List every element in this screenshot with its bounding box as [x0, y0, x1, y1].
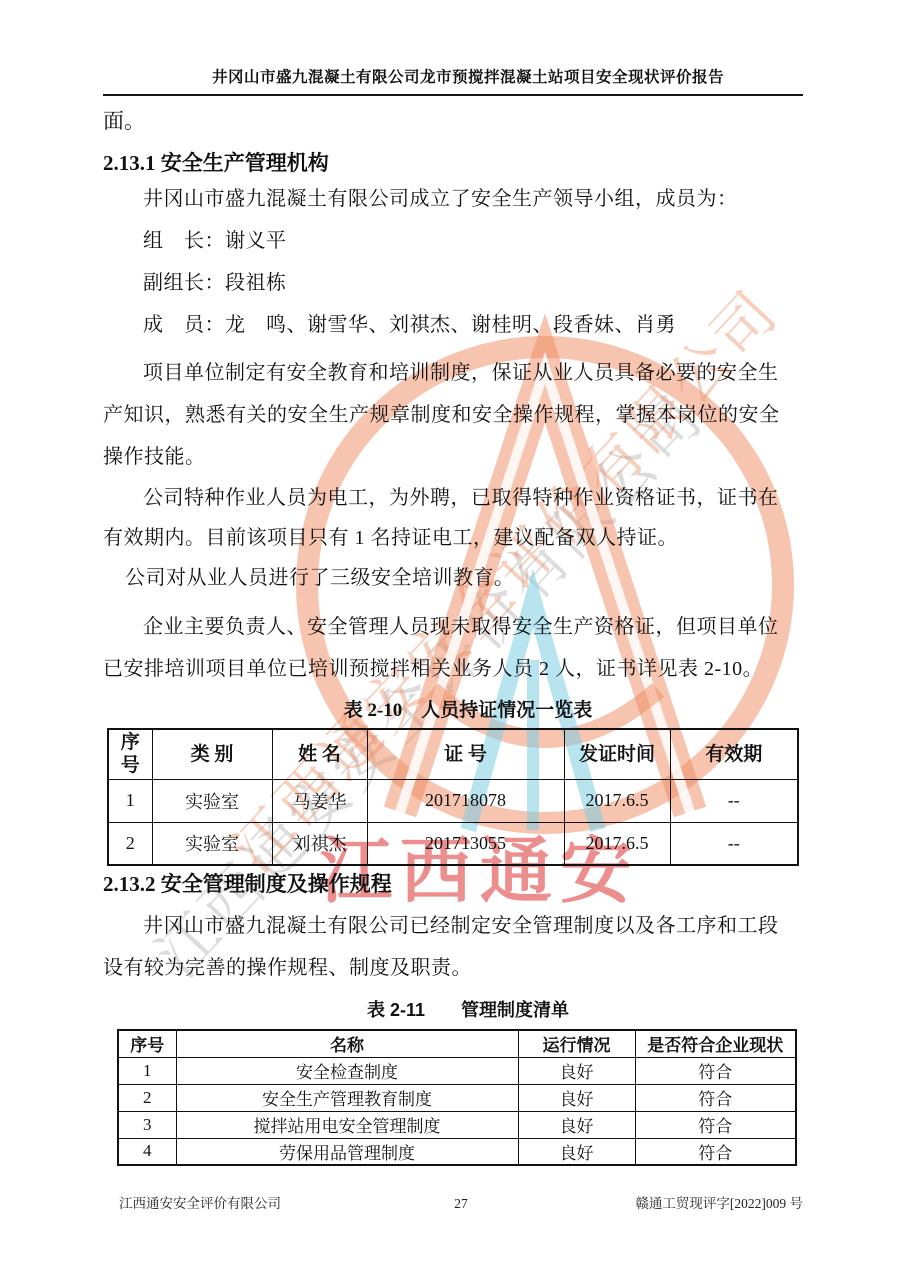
table-cell: 符合	[635, 1138, 796, 1165]
footer-doc-number: 赣通工贸现评字[2022]009 号	[491, 1192, 833, 1212]
table-cell: 安全生产管理教育制度	[176, 1084, 518, 1111]
table-cell: 安全检查制度	[176, 1057, 518, 1084]
table-header-cell: 姓 名	[272, 729, 367, 779]
table-cell: 1	[108, 779, 152, 822]
paragraph-management-systems: 井冈山市盛九混凝土有限公司已经制定安全管理制度以及各工序和工段 设有较为完善的操…	[103, 905, 833, 989]
table-cell: 良好	[518, 1084, 635, 1111]
paragraph-members: 成 员：龙 鸣、谢雪华、刘祺杰、谢桂明、段香妹、肖勇	[103, 304, 833, 346]
table-header-cell: 序号	[118, 1030, 176, 1057]
table-cell: 2017.6.5	[564, 779, 670, 822]
table-row: 1 安全检查制度 良好 符合	[118, 1057, 796, 1084]
paragraph-training-system: 项目单位制定有安全教育和培训制度，保证从业人员具备必要的安全生 产知识，熟悉有关…	[103, 352, 833, 478]
table-row: 2 安全生产管理教育制度 良好 符合	[118, 1084, 796, 1111]
paragraph-certificates: 企业主要负责人、安全管理人员现未取得安全生产资格证，但项目单位 已安排培训项目单…	[103, 606, 833, 690]
paragraph-leading-group: 井冈山市盛九混凝土有限公司成立了安全生产领导小组，成员为：	[103, 178, 833, 220]
table-cell: 实验室	[152, 779, 272, 822]
paragraph-special-operators: 公司特种作业人员为电工，为外聘，已取得特种作业资格证书，证书在 有效期内。目前该…	[103, 478, 833, 558]
table-cell: 4	[118, 1138, 176, 1165]
table-cell: 符合	[635, 1084, 796, 1111]
page-footer: 江西通安安全评价有限公司 27 赣通工贸现评字[2022]009 号	[103, 1192, 833, 1212]
table-cell: 良好	[518, 1111, 635, 1138]
section-heading-2-13-2: 2.13.2 安全管理制度及操作规程	[103, 869, 833, 899]
table-cell: 1	[118, 1057, 176, 1084]
table-header-cell: 名称	[176, 1030, 518, 1057]
table-cell: 搅拌站用电安全管理制度	[176, 1111, 518, 1138]
table-cell: 2	[118, 1084, 176, 1111]
table-cell: 刘祺杰	[272, 822, 367, 865]
table-row: 1 实验室 马姜华 201718078 2017.6.5 --	[108, 779, 798, 822]
page-header: 井冈山市盛九混凝土有限公司龙市预搅拌混凝土站项目安全现状评价报告	[103, 68, 833, 96]
table-2-10-caption: 表 2-10 人员持证情况一览表	[103, 698, 833, 724]
table-cell: 201718078	[367, 779, 564, 822]
page-content: 井冈山市盛九混凝土有限公司龙市预搅拌混凝土站项目安全现状评价报告 面。 2.13…	[103, 68, 833, 1166]
table-cell: --	[670, 779, 798, 822]
table-row: 2 实验室 刘祺杰 201713055 2017.6.5 --	[108, 822, 798, 865]
table-cell: 符合	[635, 1111, 796, 1138]
table-cell: 实验室	[152, 822, 272, 865]
paragraph-intro-tail: 面。	[103, 106, 833, 136]
table-cell: 3	[118, 1111, 176, 1138]
table-2-10: 序 号 类 别 姓 名 证 号 发证时间 有效期 1 实验室 马姜华 20171…	[107, 728, 799, 866]
paragraph-deputy-leader: 副组长：段祖栋	[103, 262, 833, 304]
table-cell: 符合	[635, 1057, 796, 1084]
table-header-cell: 发证时间	[564, 729, 670, 779]
table-header-cell: 类 别	[152, 729, 272, 779]
table-cell: 马姜华	[272, 779, 367, 822]
table-cell: --	[670, 822, 798, 865]
table-cell: 2	[108, 822, 152, 865]
table-row: 4 劳保用品管理制度 良好 符合	[118, 1138, 796, 1165]
table-2-10-header-row: 序 号 类 别 姓 名 证 号 发证时间 有效期	[108, 729, 798, 779]
table-cell: 良好	[518, 1057, 635, 1084]
table-cell: 劳保用品管理制度	[176, 1138, 518, 1165]
table-header-cell: 证 号	[367, 729, 564, 779]
report-title: 井冈山市盛九混凝土有限公司龙市预搅拌混凝土站项目安全现状评价报告	[103, 68, 833, 88]
table-row: 3 搅拌站用电安全管理制度 良好 符合	[118, 1111, 796, 1138]
paragraph-group-leader: 组 长：谢义平	[103, 220, 833, 262]
table-2-11-header-row: 序号 名称 运行情况 是否符合企业现状	[118, 1030, 796, 1057]
table-cell: 2017.6.5	[564, 822, 670, 865]
table-header-cell: 序 号	[108, 729, 152, 779]
footer-page-number: 27	[431, 1196, 491, 1212]
table-2-11: 序号 名称 运行情况 是否符合企业现状 1 安全检查制度 良好 符合 2 安全生…	[117, 1029, 797, 1166]
paragraph-three-level-training: 公司对从业人员进行了三级安全培训教育。	[103, 558, 833, 598]
section-heading-2-13-1: 2.13.1 安全生产管理机构	[103, 148, 833, 178]
document-page: 江西通安安全评价有限公司 江西通安安全评价有限公司 江西通安 井冈山市盛九混凝土…	[0, 0, 900, 1274]
table-cell: 201713055	[367, 822, 564, 865]
footer-company: 江西通安安全评价有限公司	[103, 1192, 431, 1212]
table-header-cell: 有效期	[670, 729, 798, 779]
table-header-cell: 是否符合企业现状	[635, 1030, 796, 1057]
table-cell: 良好	[518, 1138, 635, 1165]
header-rule	[103, 94, 803, 96]
table-header-cell: 运行情况	[518, 1030, 635, 1057]
table-2-11-caption: 表 2-11 管理制度清单	[103, 997, 833, 1023]
